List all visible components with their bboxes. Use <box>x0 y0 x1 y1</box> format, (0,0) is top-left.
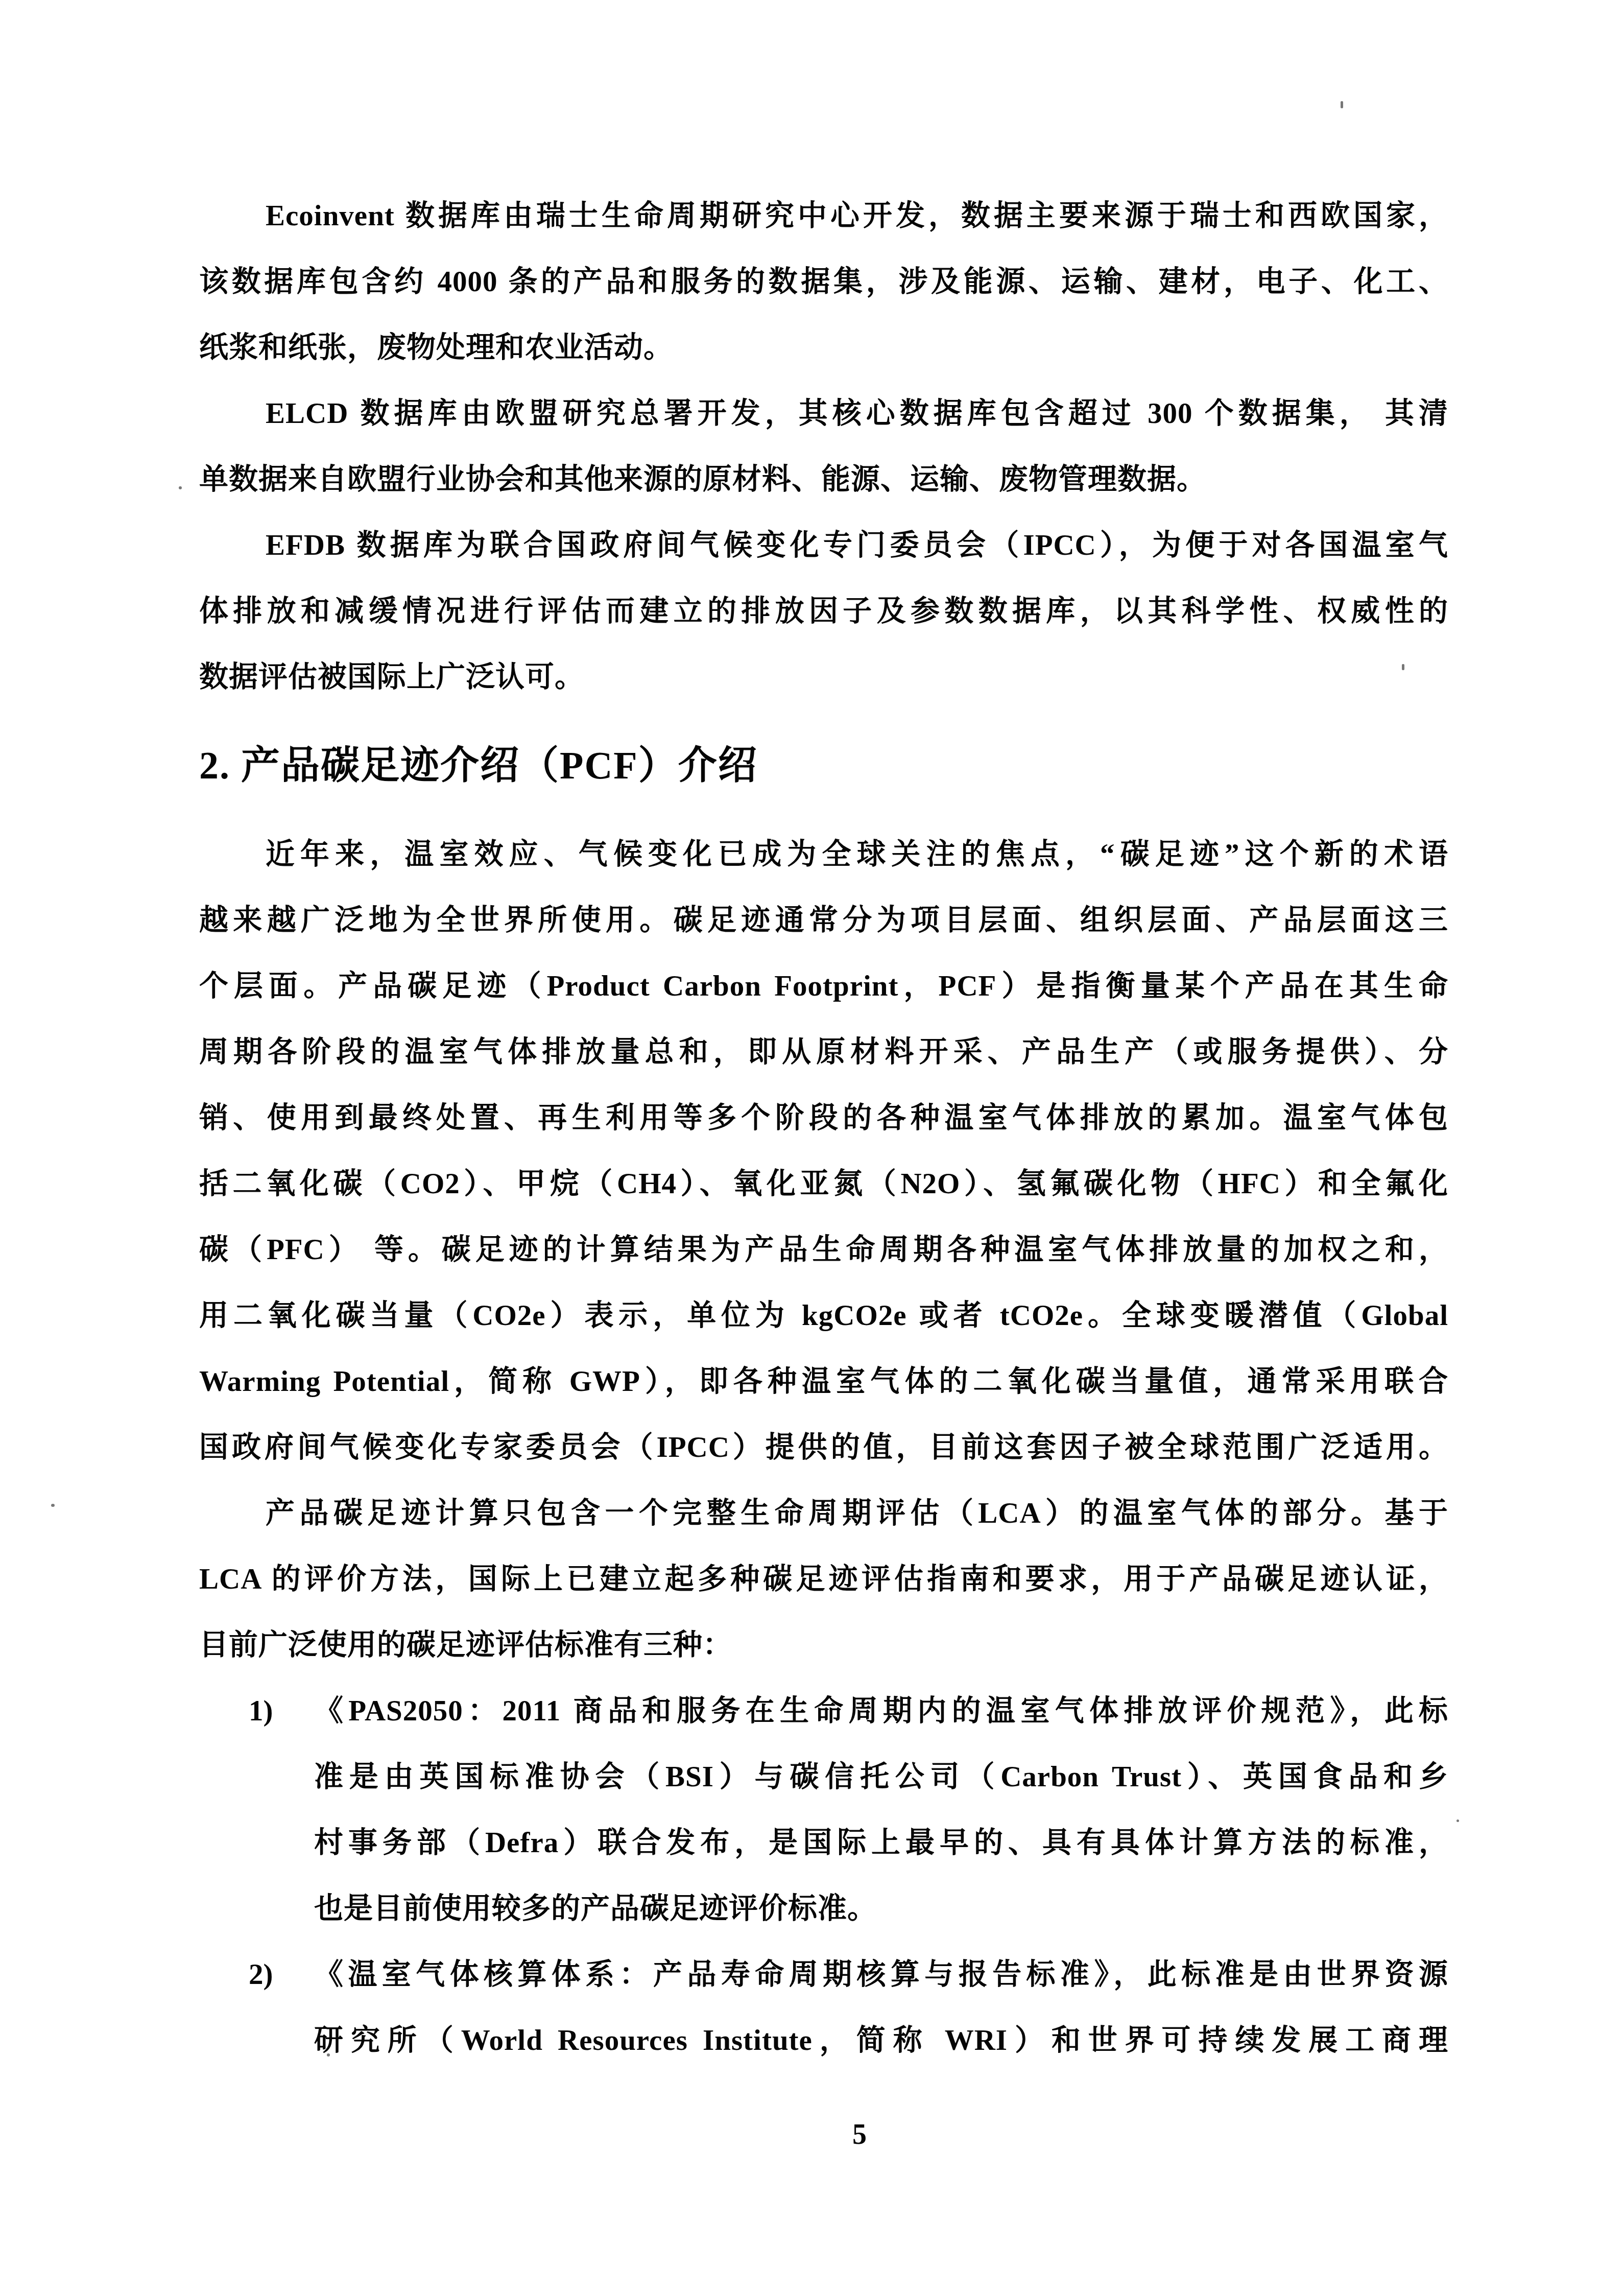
list-marker: 1) <box>249 1678 310 1744</box>
scan-speck <box>1456 1819 1459 1822</box>
body-text-line: 纸浆和纸张，废物处理和农业活动。 <box>199 315 1448 381</box>
body-text-line: EFDB 数据库为联合国政府间气候变化专门委员会（IPCC），为便于对各国温室气 <box>199 512 1448 578</box>
page-number: 5 <box>235 2102 1484 2168</box>
list-text-line: 《温室气体核算体系：产品寿命周期核算与报告标准》，此标准是由世界资源 <box>314 1942 1448 2007</box>
body-text-line: LCA 的评价方法，国际上已建立起多种碳足迹评估指南和要求，用于产品碳足迹认证， <box>199 1546 1448 1612</box>
list-marker: 2) <box>249 1942 310 2007</box>
list-text-line: 村事务部（Defra）联合发布，是国际上最早的、具有具体计算方法的标准， <box>314 1810 1448 1876</box>
body-text-line: ELCD 数据库由欧盟研究总署开发，其核心数据库包含超过 300 个数据集， 其… <box>199 381 1448 446</box>
list-item: 2) 《温室气体核算体系：产品寿命周期核算与报告标准》，此标准是由世界资源 研究… <box>314 1942 1448 2073</box>
scan-speck <box>179 486 182 489</box>
scan-speck <box>1341 101 1343 108</box>
body-text-line: 近年来，温室效应、气候变化已成为全球关注的焦点，“碳足迹”这个新的术语 <box>199 821 1448 887</box>
list-text-line: 也是目前使用较多的产品碳足迹评价标准。 <box>314 1876 1448 1942</box>
body-text-line: 目前广泛使用的碳足迹评估标准有三种： <box>199 1612 1448 1678</box>
list-text-line: 《PAS2050：2011 商品和服务在生命周期内的温室气体排放评价规范》，此标 <box>314 1678 1448 1744</box>
document-page: Ecoinvent 数据库由瑞士生命周期研究中心开发，数据主要来源于瑞士和西欧国… <box>0 0 1624 2293</box>
body-text-line: Ecoinvent 数据库由瑞士生命周期研究中心开发，数据主要来源于瑞士和西欧国… <box>199 183 1448 249</box>
body-text-line: 国政府间气候变化专家委员会（IPCC）提供的值，目前这套因子被全球范围广泛适用。 <box>199 1414 1448 1480</box>
list-text-line: 研究所（World Resources Institute，简称 WRI）和世界… <box>314 2007 1448 2073</box>
body-text-line: 该数据库包含约 4000 条的产品和服务的数据集，涉及能源、运输、建材，电子、化… <box>199 249 1448 315</box>
body-text-line: 括二氧化碳（CO2）、甲烷（CH4）、氧化亚氮（N2O）、氢氟碳化物（HFC）和… <box>199 1151 1448 1217</box>
list-text-line: 准是由英国标准协会（BSI）与碳信托公司（Carbon Trust）、英国食品和… <box>314 1744 1448 1810</box>
list-item: 1) 《PAS2050：2011 商品和服务在生命周期内的温室气体排放评价规范》… <box>314 1678 1448 1942</box>
body-text-line: 销、使用到最终处置、再生利用等多个阶段的各种温室气体排放的累加。温室气体包 <box>199 1085 1448 1151</box>
scan-speck <box>327 2053 330 2056</box>
body-text-line: 越来越广泛地为全世界所使用。碳足迹通常分为项目层面、组织层面、产品层面这三 <box>199 887 1448 953</box>
body-text-line: 周期各阶段的温室气体排放量总和，即从原材料开采、产品生产（或服务提供）、分 <box>199 1019 1448 1085</box>
section-heading: 2. 产品碳足迹介绍（PCF）介绍 <box>199 710 1448 821</box>
body-text-line: 单数据来自欧盟行业协会和其他来源的原材料、能源、运输、废物管理数据。 <box>199 446 1448 512</box>
body-text-line: 产品碳足迹计算只包含一个完整生命周期评估（LCA）的温室气体的部分。基于 <box>199 1480 1448 1546</box>
body-text-line: 用二氧化碳当量（CO2e）表示，单位为 kgCO2e 或者 tCO2e。全球变暖… <box>199 1283 1448 1349</box>
body-text-line: 体排放和减缓情况进行评估而建立的排放因子及参数数据库，以其科学性、权威性的 <box>199 578 1448 644</box>
body-text-line: Warming Potential，简称 GWP），即各种温室气体的二氧化碳当量… <box>199 1349 1448 1414</box>
body-text-line: 数据评估被国际上广泛认可。 <box>199 644 1448 710</box>
scan-speck <box>1402 664 1404 670</box>
document-body: Ecoinvent 数据库由瑞士生命周期研究中心开发，数据主要来源于瑞士和西欧国… <box>199 183 1448 2168</box>
body-text-line: 碳（PFC） 等。碳足迹的计算结果为产品生命周期各种温室气体排放量的加权之和， <box>199 1217 1448 1283</box>
body-text-line: 个层面。产品碳足迹（Product Carbon Footprint，PCF）是… <box>199 953 1448 1019</box>
scan-speck <box>51 1504 55 1507</box>
